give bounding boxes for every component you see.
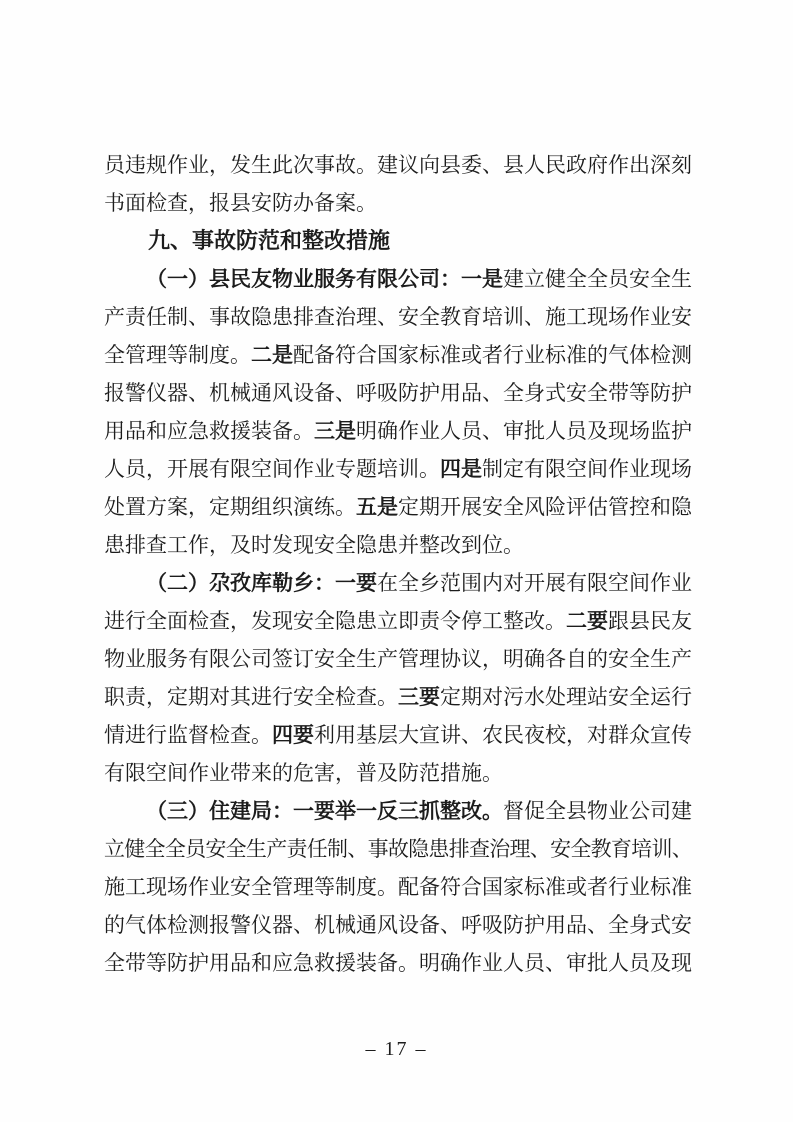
text-line: 书面检查，报县安防办备案。 [104, 184, 692, 222]
text-line: 产责任制、事故隐患排查治理、安全教育培训、施工现场作业安 [104, 298, 692, 336]
paragraph-township: （二）尕孜库勒乡：一要在全乡范围内对开展有限空间作业进行全面检查，发现安全隐患立… [104, 564, 692, 792]
text-line: 情进行监督检查。四要利用基层大宣讲、农民夜校，对群众宣传 [104, 716, 692, 754]
text-line: 有限空间作业带来的危害，普及防范措施。 [104, 754, 692, 792]
paragraph-housing-bureau: （三）住建局：一要举一反三抓整改。督促全县物业公司建立健全全员安全生产责任制、事… [104, 792, 692, 982]
section-heading: 九、事故防范和整改措施 [104, 222, 692, 260]
text-line: 人员，开展有限空间作业专题培训。四是制定有限空间作业现场 [104, 450, 692, 488]
text-line: 全带等防护用品和应急救援装备。明确作业人员、审批人员及现 [104, 944, 692, 982]
document-body: 员违规作业，发生此次事故。建议向县委、县人民政府作出深刻书面检查，报县安防办备案… [104, 146, 692, 982]
text-line: 立健全全员安全生产责任制、事故隐患排查治理、安全教育培训、 [104, 830, 692, 868]
text-line: 处置方案，定期组织演练。五是定期开展安全风险评估管控和隐 [104, 488, 692, 526]
text-line: 进行全面检查，发现安全隐患立即责令停工整改。二要跟县民友 [104, 602, 692, 640]
text-line: 用品和应急救援装备。三是明确作业人员、审批人员及现场监护 [104, 412, 692, 450]
text-line: 报警仪器、机械通风设备、呼吸防护用品、全身式安全带等防护 [104, 374, 692, 412]
continued-paragraph: 员违规作业，发生此次事故。建议向县委、县人民政府作出深刻书面检查，报县安防办备案… [104, 146, 692, 222]
text-line: 施工现场作业安全管理等制度。配备符合国家标准或者行业标准 [104, 868, 692, 906]
text-line: 全管理等制度。二是配备符合国家标准或者行业标准的气体检测 [104, 336, 692, 374]
page-number: – 17 – [0, 1038, 793, 1061]
paragraph-company: （一）县民友物业服务有限公司：一是建立健全全员安全生产责任制、事故隐患排查治理、… [104, 260, 692, 564]
text-line: 员违规作业，发生此次事故。建议向县委、县人民政府作出深刻 [104, 146, 692, 184]
text-line: （三）住建局：一要举一反三抓整改。督促全县物业公司建 [104, 792, 692, 830]
text-line: （二）尕孜库勒乡：一要在全乡范围内对开展有限空间作业 [104, 564, 692, 602]
text-line: 患排查工作，及时发现安全隐患并整改到位。 [104, 526, 692, 564]
section-heading-text: 九、事故防范和整改措施 [104, 222, 692, 260]
text-line: 的气体检测报警仪器、机械通风设备、呼吸防护用品、全身式安 [104, 906, 692, 944]
text-line: （一）县民友物业服务有限公司：一是建立健全全员安全生 [104, 260, 692, 298]
text-line: 物业服务有限公司签订安全生产管理协议，明确各自的安全生产 [104, 640, 692, 678]
document-page: 员违规作业，发生此次事故。建议向县委、县人民政府作出深刻书面检查，报县安防办备案… [0, 0, 793, 1122]
text-line: 职责，定期对其进行安全检查。三要定期对污水处理站安全运行 [104, 678, 692, 716]
